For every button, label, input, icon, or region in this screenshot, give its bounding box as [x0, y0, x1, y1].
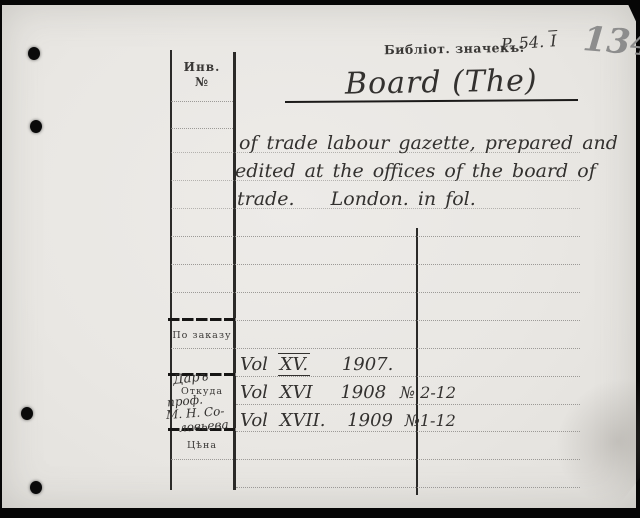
volume-issues: №1-12 — [405, 411, 456, 430]
volume-prefix: Vol — [240, 354, 268, 375]
shelfmark-prefix: P. 54. — [500, 32, 544, 54]
volume-number: XVII. — [280, 410, 326, 431]
card-title: Board (The) — [345, 63, 538, 101]
volume-row: Vol XVI 1908 № 2-12 — [240, 382, 456, 403]
card-paper — [2, 5, 636, 508]
ruling-line — [171, 101, 233, 102]
volume-year: 1907. — [342, 354, 394, 375]
inventory-number-label-line2: № — [172, 75, 232, 89]
hole-punch — [28, 47, 40, 60]
ordered-by-label: По заказу — [171, 330, 233, 341]
ruling-line — [236, 487, 580, 488]
scanned-catalog-card: Инв. № По заказу Откуда Цѣна Даръ проф. … — [0, 0, 640, 518]
volume-year: 1908 — [340, 382, 386, 403]
ruling-line — [171, 236, 580, 237]
volume-prefix: Vol — [240, 410, 268, 431]
ruling-line — [236, 404, 580, 405]
section-divider-bar — [168, 318, 236, 321]
price-label: Цѣна — [171, 440, 233, 451]
volume-number: XV. — [278, 353, 310, 376]
inventory-number-label-line1: Инв. — [172, 60, 232, 74]
label-column-right-rule — [233, 52, 236, 490]
pencil-corner-number: 134 — [581, 19, 640, 65]
ruling-line — [236, 431, 580, 432]
volume-number: XVI — [280, 382, 313, 403]
ruling-line — [236, 376, 580, 377]
volume-row: Vol XVII. 1909 №1-12 — [240, 410, 456, 431]
hole-punch — [30, 481, 42, 494]
ruling-line — [171, 264, 580, 265]
center-divider-rule — [416, 228, 418, 495]
volume-prefix: Vol — [240, 382, 268, 403]
hole-punch — [30, 120, 42, 133]
ruling-line — [171, 128, 233, 129]
volume-row: Vol XV. 1907. — [240, 353, 393, 376]
ruling-line — [171, 292, 580, 293]
ruling-line — [171, 348, 580, 349]
shelfmark-roman-numeral: I — [548, 30, 558, 51]
volume-year: 1909 — [347, 410, 393, 431]
label-column-left-rule — [170, 50, 172, 490]
ruling-line — [236, 459, 580, 460]
shelfmark-handwriting: P. 54. I — [500, 31, 558, 54]
ruling-line — [171, 459, 233, 460]
description-line: edited at the offices of the board of — [235, 160, 596, 182]
hole-punch — [21, 407, 33, 420]
description-line: trade. London. in fol. — [237, 188, 476, 210]
description-line: of trade labour gazette, prepared and — [239, 132, 618, 154]
volume-issues: № 2-12 — [400, 383, 456, 402]
